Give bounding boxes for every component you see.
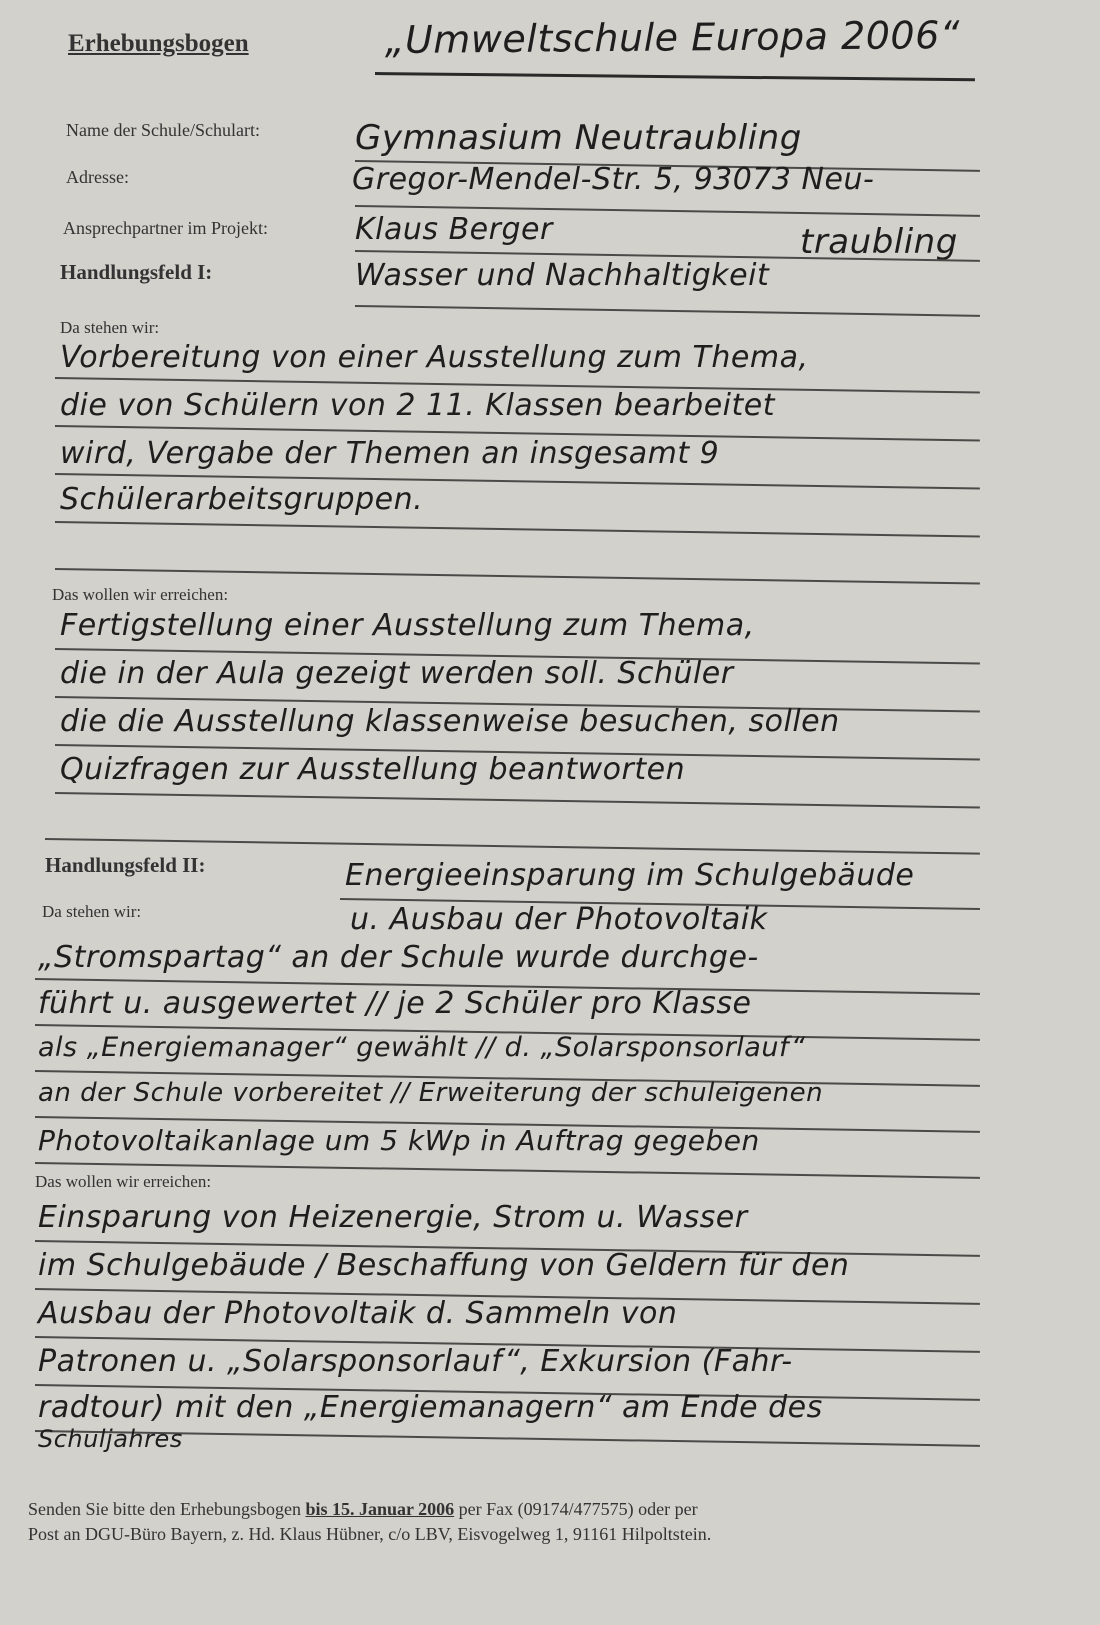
footer-line2: Post an DGU-Büro Bayern, z. Hd. Klaus Hü… bbox=[28, 1522, 1078, 1547]
field2-goal-line[interactable]: radtour) mit den „Energiemanagern“ am En… bbox=[38, 1390, 823, 1425]
field1-status-line[interactable]: Vorbereitung von einer Ausstellung zum T… bbox=[60, 340, 809, 375]
footer-deadline: bis 15. Januar 2006 bbox=[305, 1499, 454, 1519]
footer-line1: Senden Sie bitte den Erhebungsbogen bis … bbox=[28, 1497, 1078, 1522]
field1-goal-line[interactable]: Quizfragen zur Ausstellung beantworten bbox=[60, 752, 685, 787]
field2-status-line[interactable]: Photovoltaikanlage um 5 kWp in Auftrag g… bbox=[38, 1124, 760, 1157]
rule bbox=[55, 792, 980, 808]
field1-status-line[interactable]: wird, Vergabe der Themen an insgesamt 9 bbox=[60, 436, 719, 471]
field2-status-label: Da stehen wir: bbox=[42, 902, 141, 922]
field1-label: Handlungsfeld I: bbox=[60, 260, 212, 285]
field2-topic-line1[interactable]: Energieeinsparung im Schulgebäude bbox=[345, 858, 914, 893]
field2-status-line[interactable]: führt u. ausgewertet // je 2 Schüler pro… bbox=[38, 986, 752, 1021]
field1-goal-line[interactable]: die die Ausstellung klassenweise besuche… bbox=[60, 704, 840, 739]
rule bbox=[45, 838, 980, 854]
footer-instructions: Senden Sie bitte den Erhebungsbogen bis … bbox=[28, 1497, 1078, 1547]
field1-goal-line[interactable]: Fertigstellung einer Ausstellung zum The… bbox=[60, 608, 755, 643]
field2-label: Handlungsfeld II: bbox=[45, 853, 205, 878]
field1-topic[interactable]: Wasser und Nachhaltigkeit bbox=[355, 258, 769, 293]
field2-topic-line2[interactable]: u. Ausbau der Photovoltaik bbox=[350, 902, 767, 937]
field2-status-line[interactable]: an der Schule vorbereitet // Erweiterung… bbox=[38, 1078, 823, 1108]
contact-label: Ansprechpartner im Projekt: bbox=[63, 218, 268, 239]
field1-topic-rule bbox=[355, 305, 980, 316]
field1-goal-label: Das wollen wir erreichen: bbox=[52, 585, 228, 605]
project-title: „Umweltschule Europa 2006“ bbox=[385, 13, 961, 62]
field2-status-line[interactable]: „Stromspartag“ an der Schule wurde durch… bbox=[38, 940, 759, 975]
contact-value[interactable]: Klaus Berger bbox=[355, 212, 553, 247]
address-value-line1[interactable]: Gregor-Mendel-Str. 5, 93073 Neu- bbox=[352, 162, 874, 197]
rule bbox=[55, 568, 980, 584]
footer-line1-post: per Fax (09174/477575) oder per bbox=[454, 1499, 697, 1519]
school-value[interactable]: Gymnasium Neutraubling bbox=[355, 118, 802, 158]
field2-goal-label: Das wollen wir erreichen: bbox=[35, 1172, 211, 1192]
field2-goal-line[interactable]: Patronen u. „Solarsponsorlauf“, Exkursio… bbox=[38, 1344, 793, 1379]
field1-status-label: Da stehen wir: bbox=[60, 318, 159, 338]
rule bbox=[55, 521, 980, 537]
field2-goal-line[interactable]: im Schulgebäude / Beschaffung von Gelder… bbox=[38, 1248, 849, 1283]
footer-line1-pre: Senden Sie bitte den Erhebungsbogen bbox=[28, 1499, 305, 1519]
title-underline bbox=[375, 72, 975, 81]
field1-status-line[interactable]: Schülerarbeitsgruppen. bbox=[60, 482, 423, 517]
field1-status-line[interactable]: die von Schülern von 2 11. Klassen bearb… bbox=[60, 388, 775, 423]
field2-status-line[interactable]: als „Energiemanager“ gewählt // d. „Sola… bbox=[38, 1032, 805, 1063]
school-label: Name der Schule/Schulart: bbox=[66, 120, 260, 141]
field2-goal-line[interactable]: Ausbau der Photovoltaik d. Sammeln von bbox=[38, 1296, 677, 1331]
field1-goal-line[interactable]: die in der Aula gezeigt werden soll. Sch… bbox=[60, 656, 734, 691]
form-title: Erhebungsbogen bbox=[68, 30, 249, 58]
field2-goal-line[interactable]: Einsparung von Heizenergie, Strom u. Was… bbox=[38, 1200, 748, 1235]
field2-goal-line[interactable]: Schuljahres bbox=[38, 1425, 183, 1453]
address-value-line2[interactable]: traubling bbox=[800, 222, 958, 262]
address-label: Adresse: bbox=[66, 167, 129, 188]
